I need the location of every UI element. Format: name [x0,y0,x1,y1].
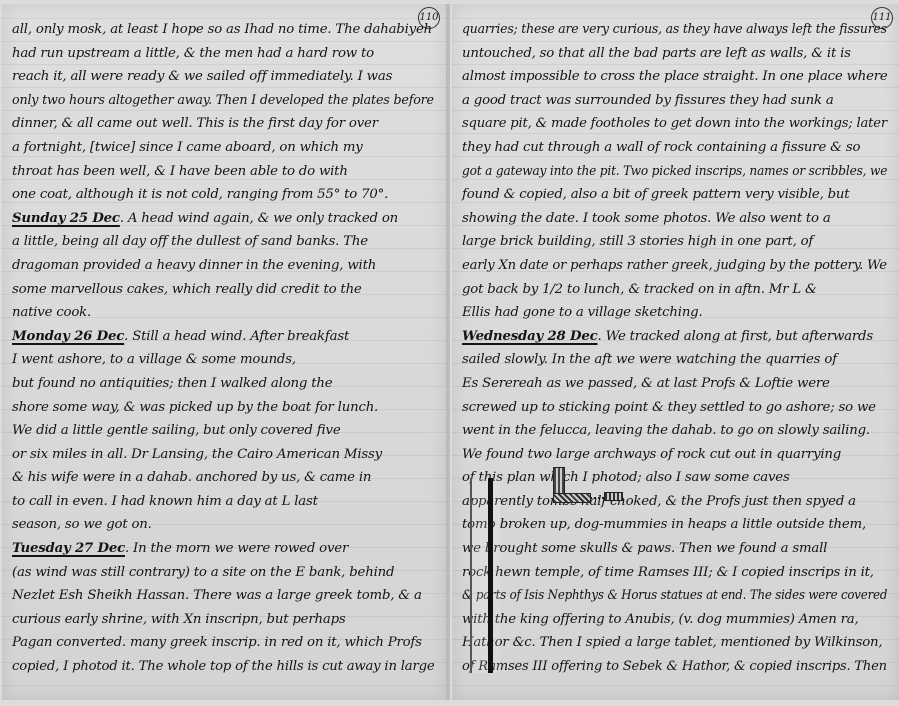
text-line: some marvellous cakes, which really did … [12,278,434,302]
text-line: a fortnight, [twice] since I came aboard… [12,136,434,160]
text-line: screwed up to sticking point & they sett… [462,396,887,420]
text-line: untouched, so that all the bad parts are… [462,42,887,66]
text-line: with the king offering to Anubis, (v. do… [462,608,887,632]
entry-date: Monday 26 Dec [12,329,124,344]
text-line: got back by 1/2 to lunch, & tracked on i… [462,278,887,302]
text-line: of this plan which I photod; also I saw … [462,466,887,490]
text-line: early Xn date or perhaps rather greek, j… [462,254,882,278]
entry-heading-line: Tuesday 27 Dec. In the morn we were rowe… [12,537,434,561]
margin-section-sketch-shaft [488,478,493,673]
text-line: had run upstream a little, & the men had… [12,42,434,66]
left-page: 110 all, only mosk, at least I hope so a… [2,4,447,700]
entry-date: Wednesday 28 Dec [462,329,598,344]
text-line: reach it, all were ready & we sailed off… [12,65,434,89]
archway-plan-sketch-door [553,467,565,495]
left-page-text: all, only mosk, at least I hope so as Ih… [12,18,434,679]
entry-heading-line: Sunday 25 Dec. A head wind again, & we o… [12,207,434,231]
text-line: dragoman provided a heavy dinner in the … [12,254,434,278]
entry-text: . A head wind again, & we only tracked o… [120,211,398,226]
entry-text: . Still a head wind. After breakfast [124,329,349,344]
text-line: Ellis had gone to a village sketching. [462,301,887,325]
text-line: square pit, & made footholes to get down… [462,112,882,136]
text-line: throat has been well, & I have been able… [12,160,434,184]
text-line: tomb broken up, dog-mummies in heaps a l… [462,513,887,537]
right-page: 111 quarries; these are very curious, as… [452,4,899,700]
archway-plan-sketch-wall [553,493,591,503]
text-line: shore some way, & was picked up by the b… [12,396,434,420]
text-line: sailed slowly. In the aft we were watchi… [462,348,887,372]
text-line: or six miles in all. Dr Lansing, the Cai… [12,443,434,467]
text-line: almost impossible to cross the place str… [462,65,886,89]
text-line: found & copied, also a bit of greek patt… [462,183,887,207]
text-line: only two hours altogether away. Then I d… [12,89,415,113]
diary-spread: 110 all, only mosk, at least I hope so a… [0,0,899,706]
text-line: but found no antiquities; then I walked … [12,372,434,396]
text-line: season, so we got on. [12,513,434,537]
text-line: Nezlet Esh Sheikh Hassan. There was a la… [12,584,434,608]
text-line: & his wife were in a dahab. anchored by … [12,466,434,490]
text-line: We found two large archways of rock cut … [462,443,887,467]
text-line: & parts of Isis Nephthys & Horus statues… [462,584,839,608]
text-line: native cook. [12,301,434,325]
text-line: Es Serereah as we passed, & at last Prof… [462,372,887,396]
text-line: We did a little gentle sailing, but only… [12,419,434,443]
text-line: got a gateway into the pit. Two picked i… [462,160,850,184]
text-line: Hathor &c. Then I spied a large tablet, … [462,631,887,655]
entry-text: . In the morn we were rowed over [125,541,348,556]
text-line: we brought some skulls & paws. Then we f… [462,537,887,561]
text-line: of Ramses III offering to Sebek & Hathor… [462,655,879,679]
text-line: they had cut through a wall of rock cont… [462,136,887,160]
text-line: showing the date. I took some photos. We… [462,207,887,231]
text-line: a little, being all day off the dullest … [12,230,434,254]
entry-date: Sunday 25 Dec [12,211,120,226]
text-line: apparently tombs half choked, & the Prof… [462,490,887,514]
text-line: rock hewn temple, of time Ramses III; & … [462,561,887,585]
archway-plan-sketch-dots [590,497,604,499]
entry-date: Tuesday 27 Dec [12,541,125,556]
text-line: one coat, although it is not cold, rangi… [12,183,434,207]
entry-heading-line: Wednesday 28 Dec. We tracked along at fi… [462,325,887,349]
text-line: a good tract was surrounded by fissures … [462,89,887,113]
archway-plan-sketch-block [604,492,623,501]
right-page-text: quarries; these are very curious, as the… [462,18,887,679]
book-gutter [447,4,450,700]
text-line: curious early shrine, with Xn inscripn, … [12,608,434,632]
text-line: copied, I photod it. The whole top of th… [12,655,431,679]
entry-heading-line: Monday 26 Dec. Still a head wind. After … [12,325,434,349]
entry-text: . We tracked along at first, but afterwa… [598,329,873,344]
text-line: large brick building, still 3 stories hi… [462,230,887,254]
text-line: dinner, & all came out well. This is the… [12,112,434,136]
text-line: all, only mosk, at least I hope so as Ih… [12,18,434,42]
text-line: went in the felucca, leaving the dahab. … [462,419,887,443]
margin-section-sketch [470,478,500,673]
text-line: quarries; these are very curious, as the… [462,18,860,42]
text-line: Pagan converted. many greek inscrip. in … [12,631,434,655]
text-line: to call in even. I had known him a day a… [12,490,434,514]
text-line: (as wind was still contrary) to a site o… [12,561,434,585]
text-line: I went ashore, to a village & some mound… [12,348,434,372]
